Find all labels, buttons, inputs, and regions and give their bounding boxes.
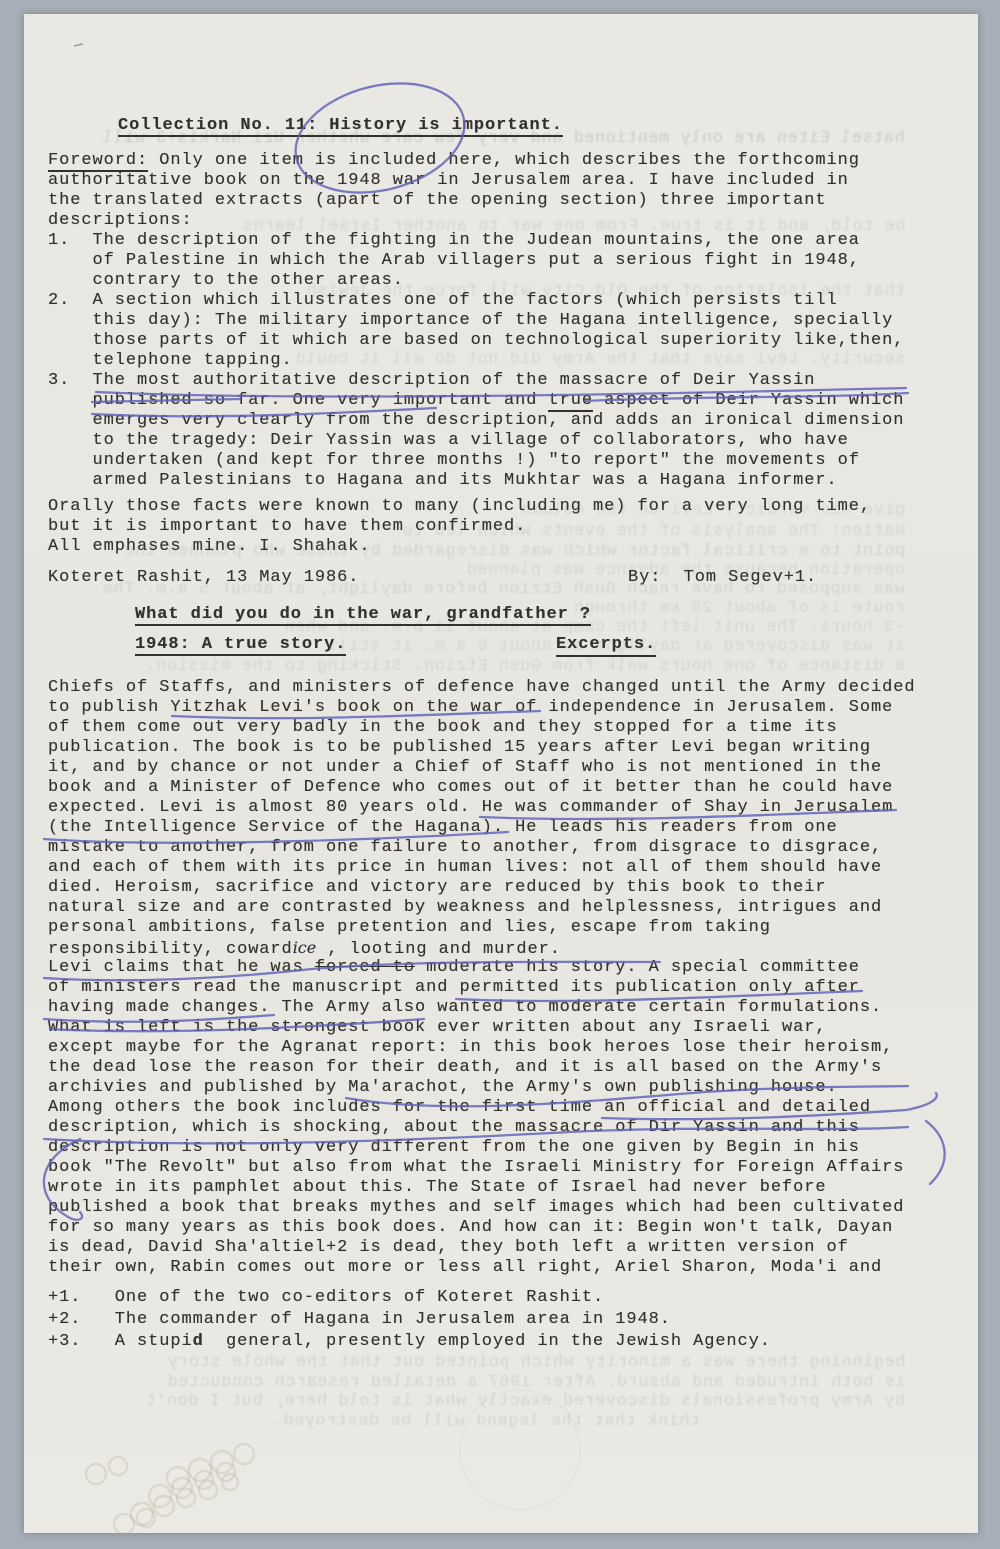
pen-underline-item3-line1 (96, 388, 906, 397)
pen-margin-paren-left (44, 1139, 82, 1220)
pen-strike-published (92, 399, 240, 402)
pen-underline-permitted-publication (456, 991, 862, 1001)
pen-underline-having-made-changes-1 (44, 1015, 274, 1022)
pen-annotation-overlay (0, 0, 1000, 1549)
scanned-page-background: { "colors":{"frame":"#a7aeb8","paper":"#… (0, 0, 1000, 1549)
pen-margin-paren-right (926, 1121, 945, 1184)
paper-texture-circles (86, 1390, 580, 1534)
pen-underline-intelligence-service (44, 832, 508, 843)
pen-circle-title-icon (284, 67, 476, 210)
pen-underline-dir-yassin-line (44, 1127, 908, 1143)
paper-scratch-mark (74, 44, 83, 46)
pen-underline-maarachot-swoosh (346, 1086, 908, 1106)
pen-line-levi-claims-forced (44, 962, 660, 980)
pen-underline-published-so-far (92, 408, 436, 416)
pen-underline-yitzhak-levis-book (172, 711, 540, 718)
pen-underline-commander-of-shay (480, 810, 896, 819)
